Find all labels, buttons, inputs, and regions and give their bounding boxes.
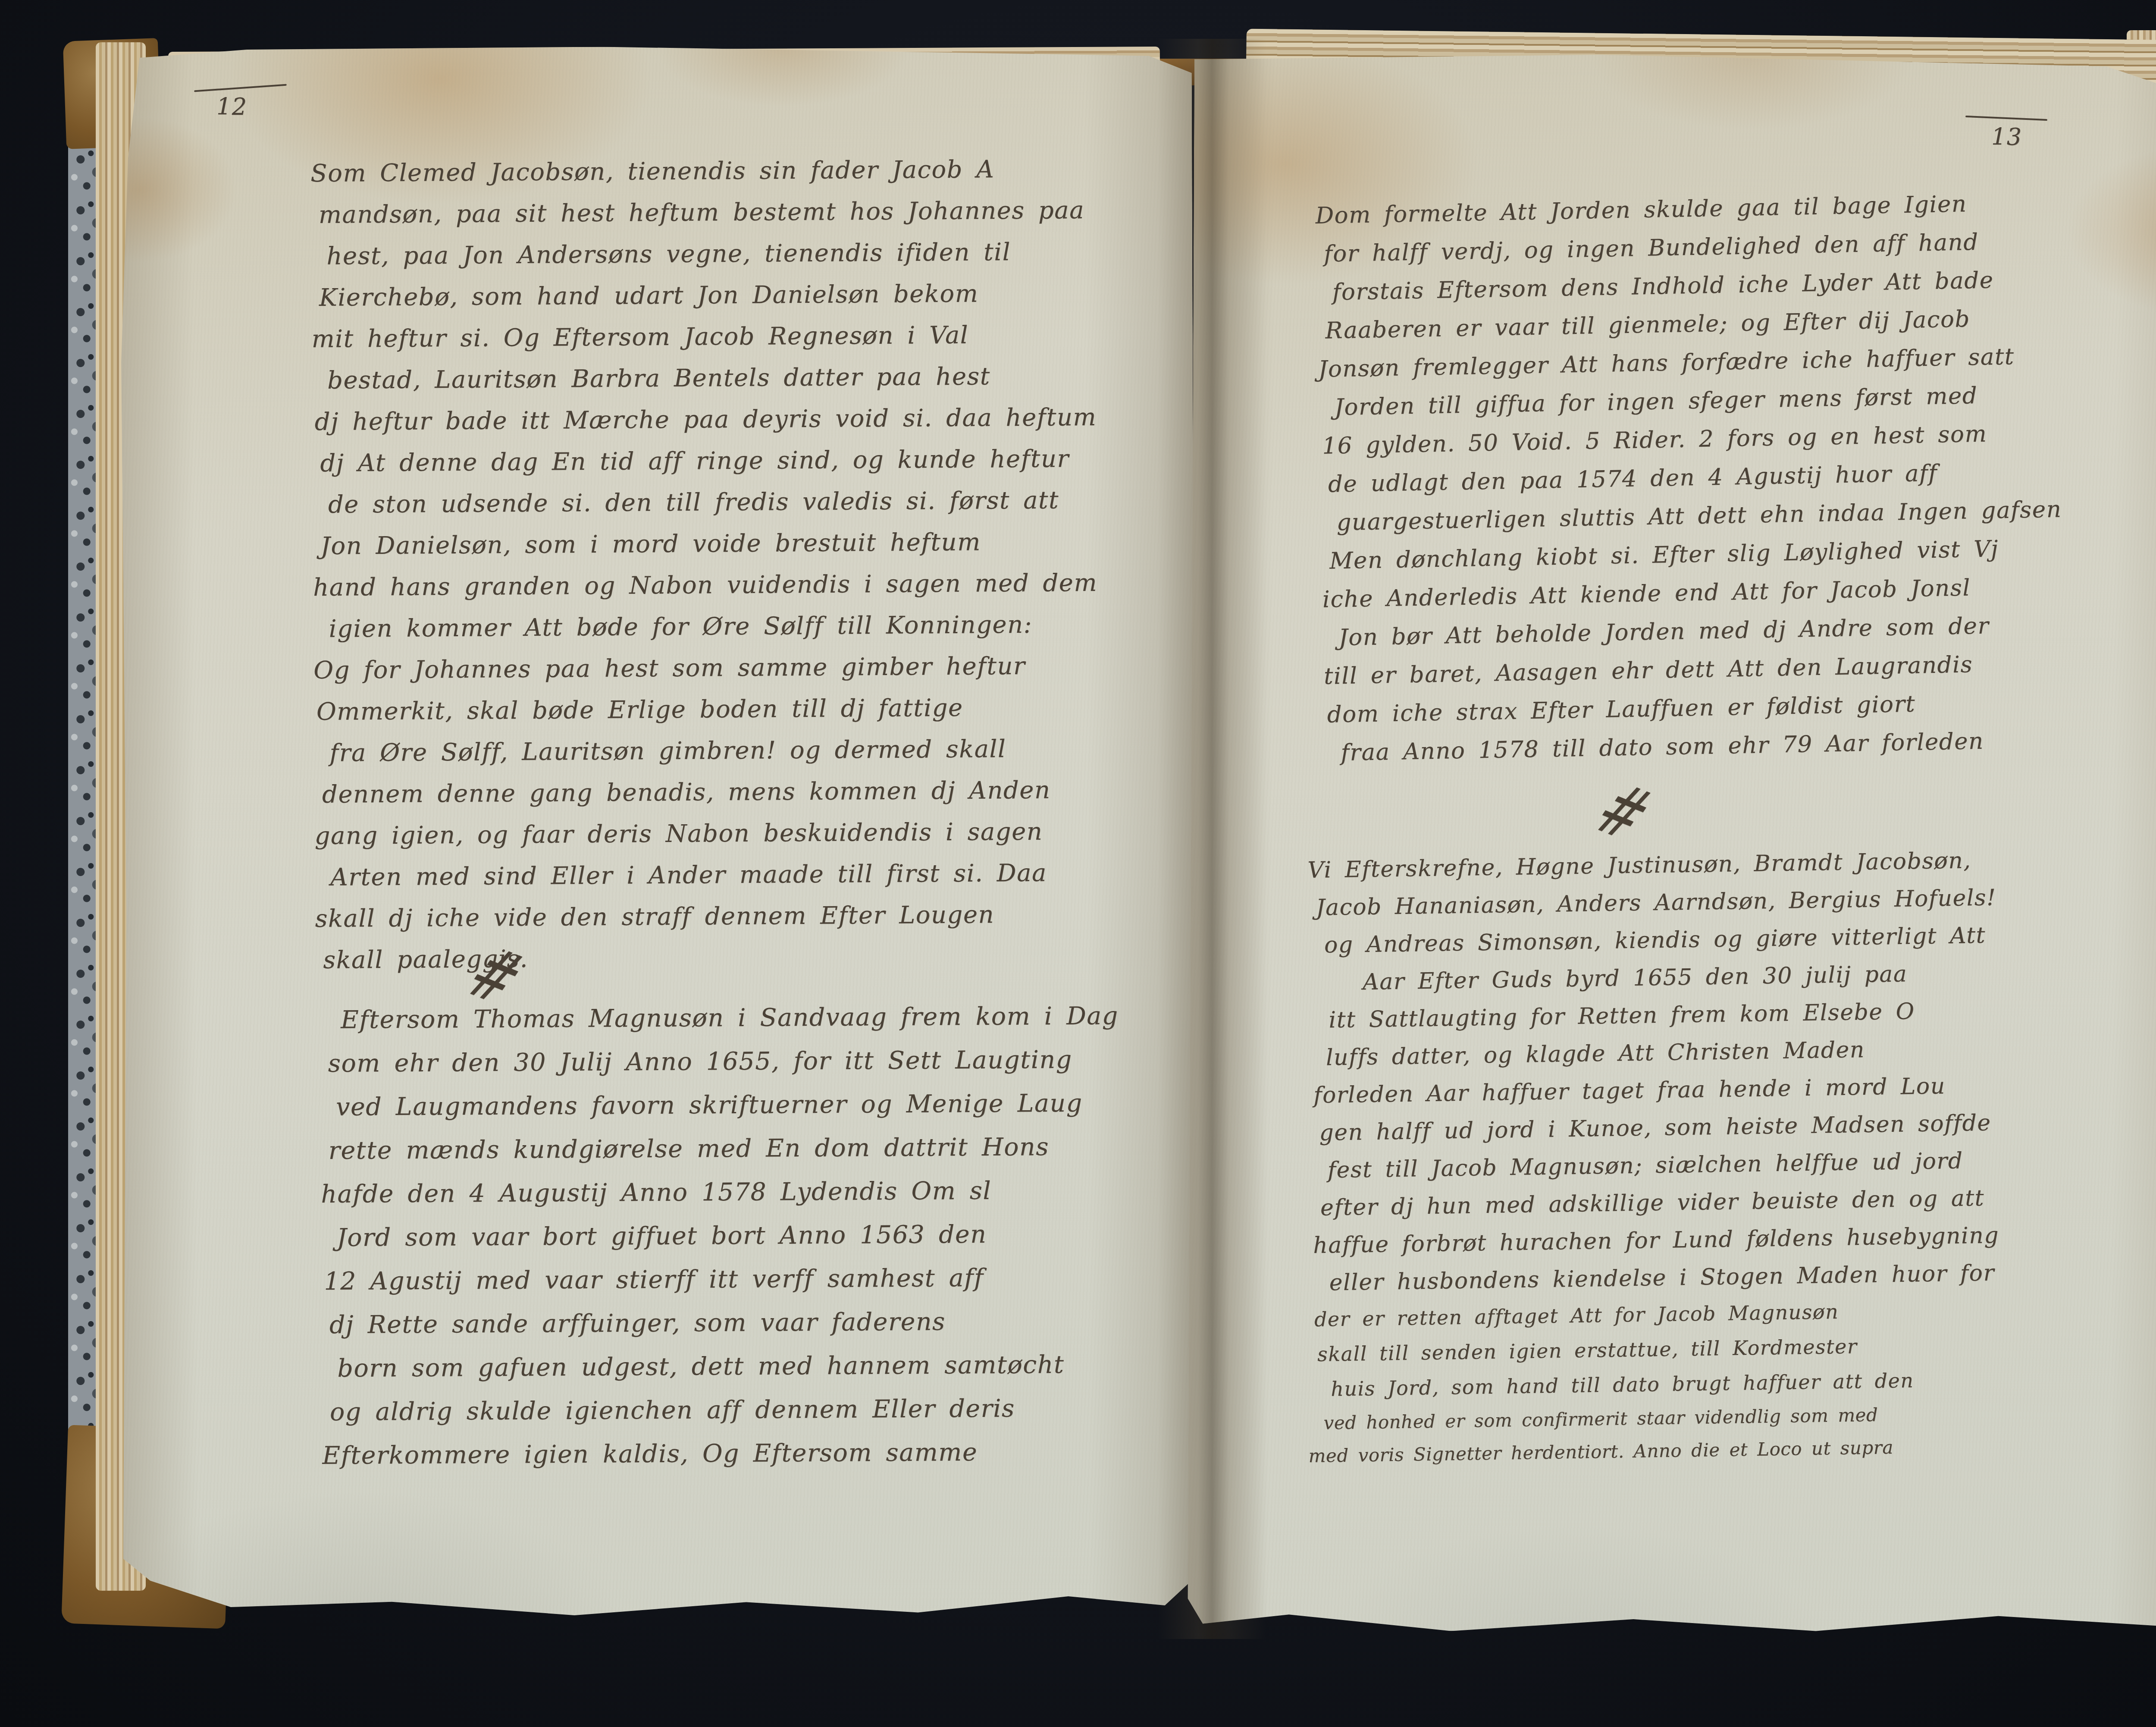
photo-background: 12 13 Som Clemed Jacobsøn, tienendis sin… xyxy=(0,0,2156,1727)
handwriting-line: dj heftur bade itt Mærche paa deyris voi… xyxy=(315,403,1175,449)
handwriting-line: skall paaleggis. xyxy=(323,941,1178,988)
handwriting-line: skall dj iche vide den straff dennem Eft… xyxy=(315,900,1178,946)
handwriting-line: dj At denne dag En tid aff ringe sind, o… xyxy=(320,444,1175,491)
handwriting-line: mandsøn, paa sit hest heftum bestemt hos… xyxy=(319,196,1174,242)
handwriting-line: og aldrig skulde igienchen aff dennem El… xyxy=(330,1393,1189,1441)
page-number-left: 12 xyxy=(194,87,287,120)
page-number-value: 13 xyxy=(1991,123,2022,151)
handwriting-line: Efterkommere igien kaldis, Og Eftersom s… xyxy=(322,1437,1189,1485)
handwriting-line: born som gafuen udgest, dett med hannem … xyxy=(337,1350,1189,1397)
page-number-right: 13 xyxy=(1965,117,2047,151)
handwriting-line: gang igien, og faar deris Nabon beskuide… xyxy=(314,817,1177,863)
handwriting-line: Som Clemed Jacobsøn, tienendis sin fader… xyxy=(310,154,1173,201)
left-page-paragraph-1: Som Clemed Jacobsøn, tienendis sin fader… xyxy=(310,154,1178,988)
handwriting-line: Eftersom Thomas Magnusøn i Sandvaag frem… xyxy=(341,1001,1187,1049)
handwriting-line: hand hans granden og Nabon vuidendis i s… xyxy=(313,568,1176,615)
handwriting-line: 12 Agustij med vaar stierff itt verff sa… xyxy=(324,1262,1188,1310)
handwriting-line: Arten med sind Eller i Ander maade till … xyxy=(330,858,1178,905)
manuscript-book: 12 13 Som Clemed Jacobsøn, tienendis sin… xyxy=(65,17,2156,1669)
handwriting-line: de ston udsende si. den till fredis vale… xyxy=(328,486,1175,532)
handwriting-line: Jord som vaar bort giffuet bort Anno 156… xyxy=(337,1219,1188,1267)
handwriting-line: fra Øre Sølff, Lauritsøn gimbren! og der… xyxy=(329,734,1177,781)
handwriting-line: Jon Danielsøn, som i mord voide brestuit… xyxy=(320,527,1175,574)
handwriting-line: dennem denne gang benadis, mens kommen d… xyxy=(322,776,1177,822)
handwriting-line: Ommerkit, skal bøde Erlige boden till dj… xyxy=(317,693,1177,739)
handwriting-line: hest, paa Jon Andersøns vegne, tienendis… xyxy=(326,237,1174,284)
right-page-paragraph-1: Dom formelte Att Jorden skulde gaa til b… xyxy=(1315,187,2156,778)
handwriting-line: igien kommer Att bøde for Øre Sølff till… xyxy=(329,610,1176,656)
page-number-value: 12 xyxy=(216,93,248,120)
left-page-paragraph-2: Eftersom Thomas Magnusøn i Sandvaag frem… xyxy=(320,1001,1189,1485)
handwriting-line: dj Rette sande arffuinger, som vaar fade… xyxy=(329,1306,1189,1354)
handwriting-line: rette mænds kundgiørelse med En dom datt… xyxy=(329,1132,1188,1180)
handwriting-line: mit heftur si. Og Eftersom Jacob Regnesø… xyxy=(311,320,1174,367)
handwriting-line: hafde den 4 Augustij Anno 1578 Lydendis … xyxy=(321,1175,1188,1224)
right-page-paragraph-2: Vi Efterskrefne, Høgne Justinusøn, Bramd… xyxy=(1307,845,2156,1478)
handwriting-line: som ehr den 30 Julij Anno 1655, for itt … xyxy=(328,1045,1188,1093)
handwriting-line: bestad, Lauritsøn Barbra Bentels datter … xyxy=(327,361,1175,408)
handwriting-line: Kierchebø, som hand udart Jon Danielsøn … xyxy=(319,279,1174,325)
handwriting-line: Og for Johannes paa hest som samme gimbe… xyxy=(313,651,1176,698)
handwriting-line: ved Laugmandens favorn skriftuerner og M… xyxy=(336,1088,1188,1136)
